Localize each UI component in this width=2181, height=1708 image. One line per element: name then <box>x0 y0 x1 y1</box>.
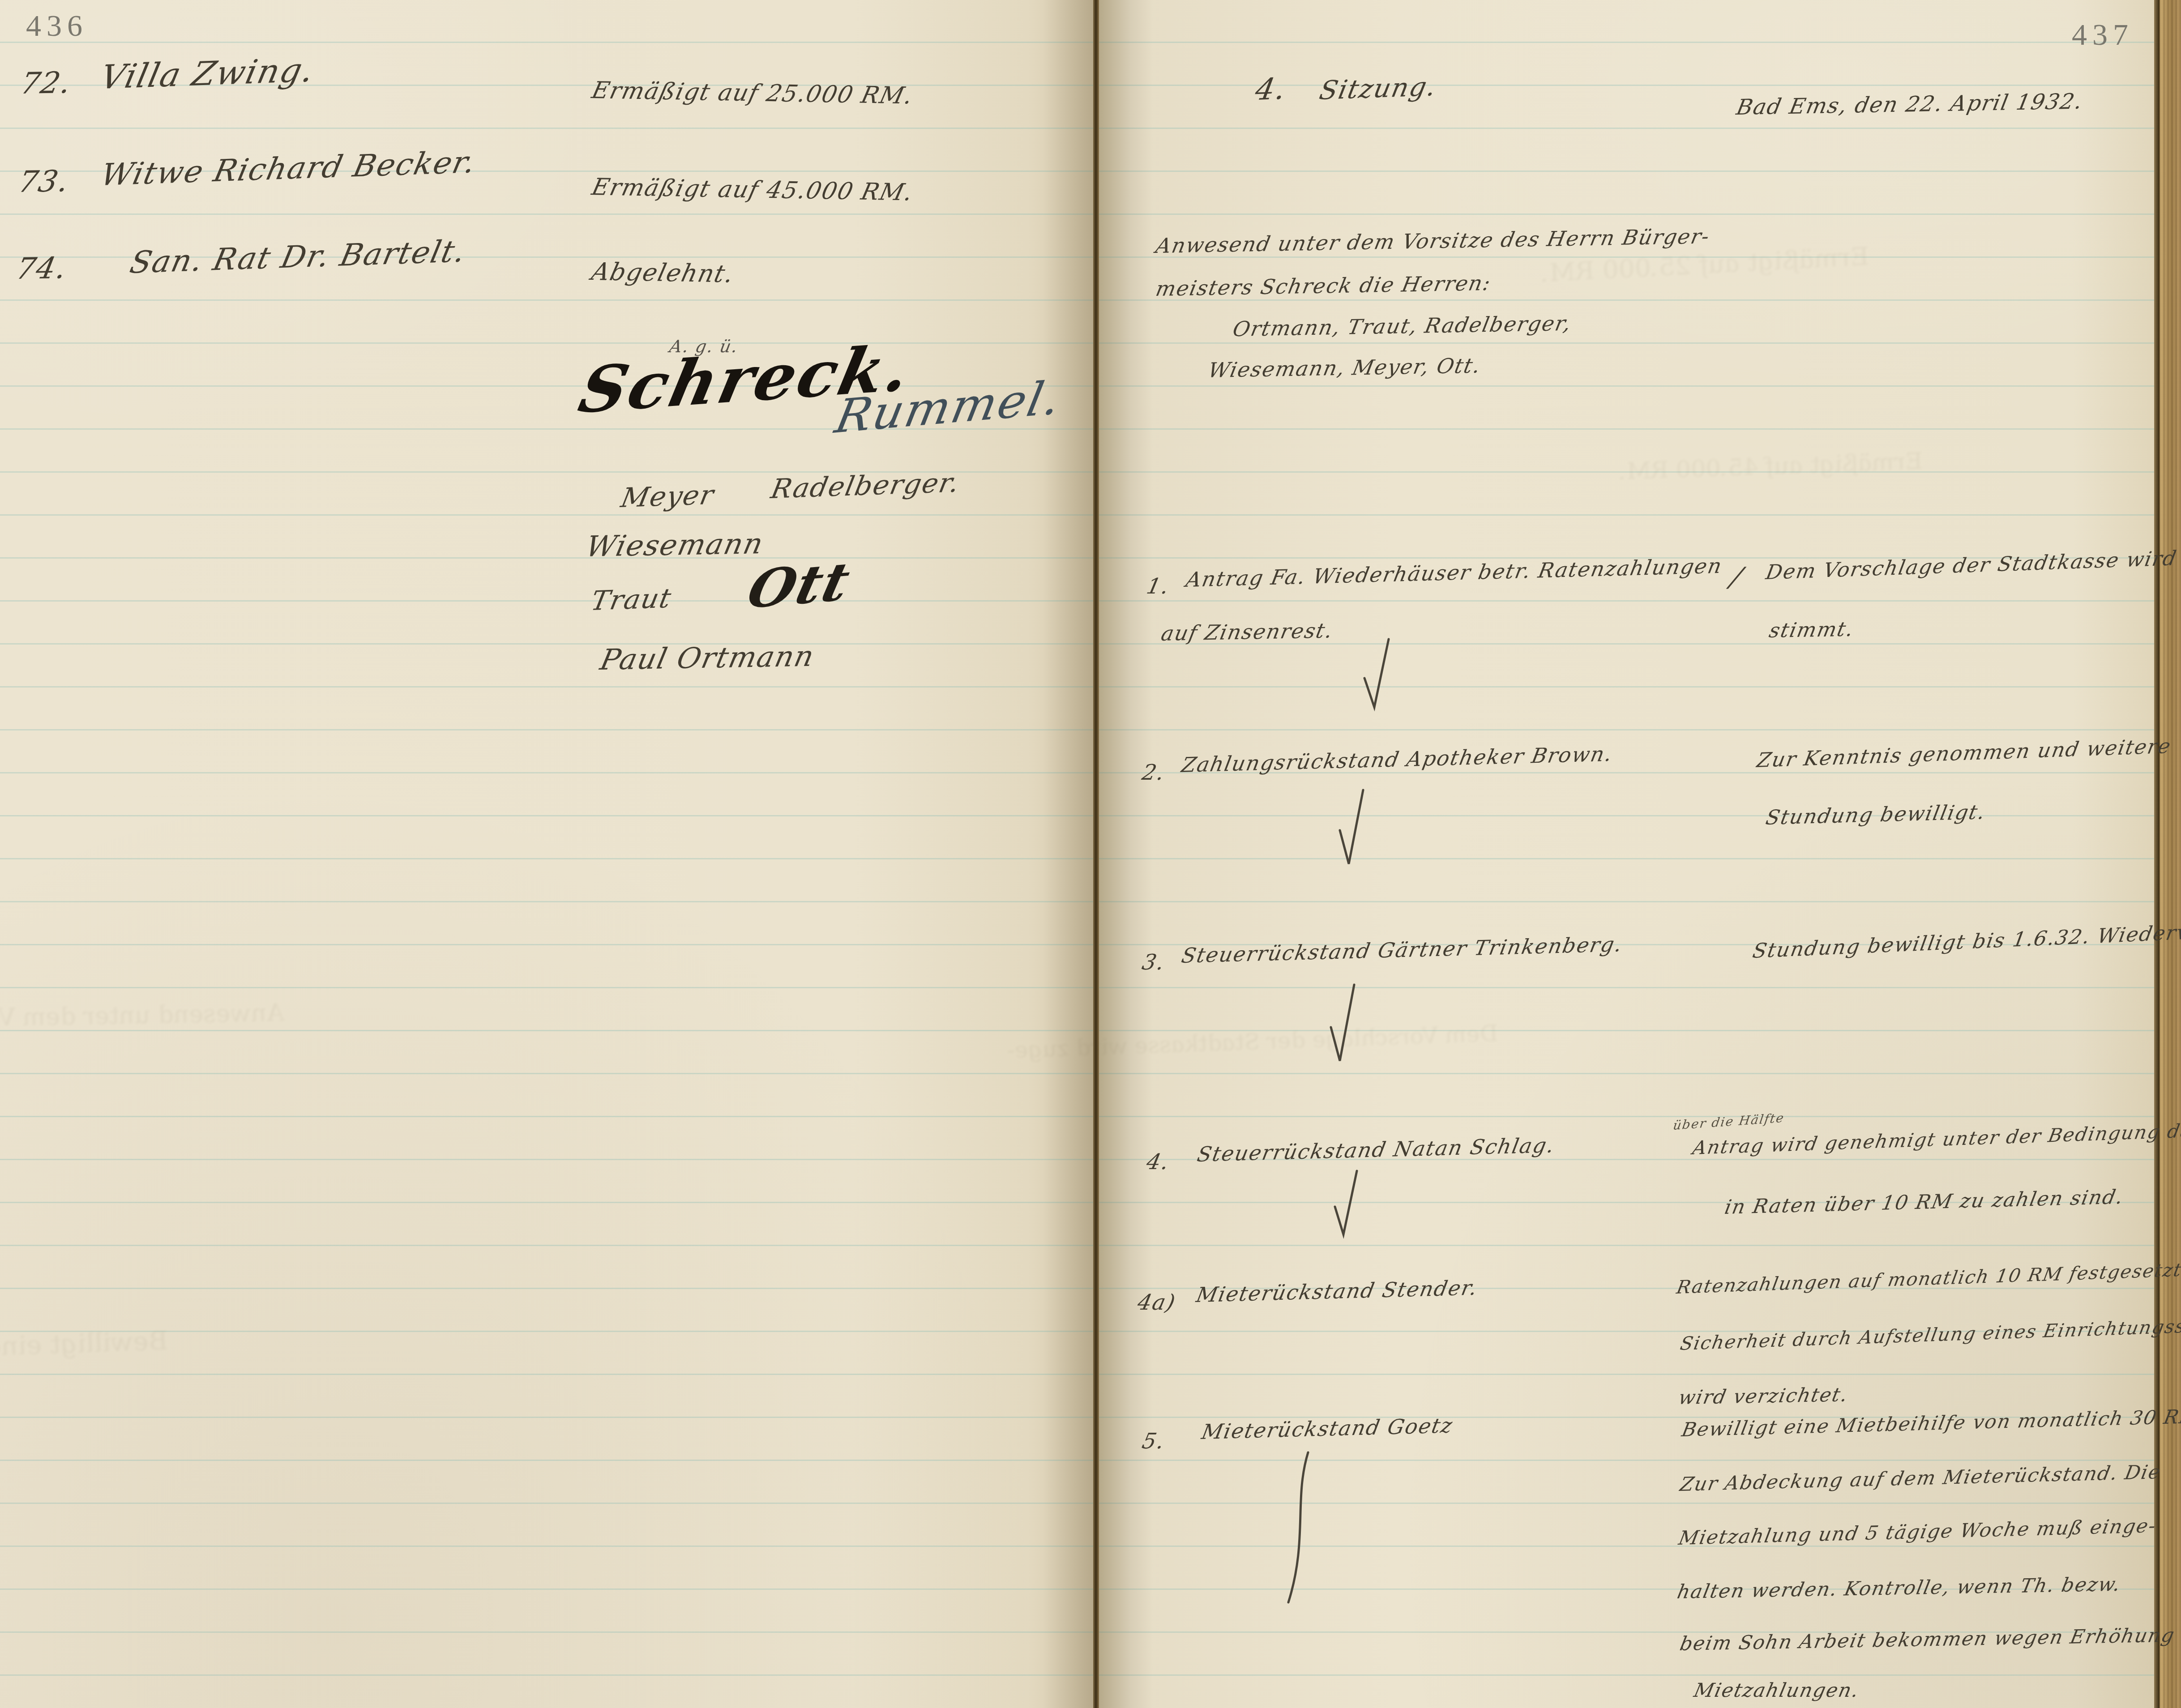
signature-paraph-ott: Ott <box>742 550 856 620</box>
item-decision: wird verzichtet. <box>1676 1383 1850 1409</box>
item-number: 4a) <box>1135 1290 1178 1315</box>
book-edge <box>2160 0 2181 1708</box>
binding-gutter <box>1093 0 1099 1708</box>
scanned-ledger-spread: { "left": { "page_number": "436", "rows"… <box>0 0 2181 1708</box>
signature-traut: Traut <box>588 583 674 617</box>
ledger-row-decision: Ermäßigt auf 25.000 RM. <box>589 77 916 110</box>
signature-paul-ortmann: Paul Ortmann <box>597 640 817 677</box>
signature-wiesemann: Wiesemann <box>583 527 766 564</box>
ledger-row-number: 72. <box>18 65 74 101</box>
session-number: 4. <box>1253 72 1289 107</box>
page-number-right: 437 <box>2072 17 2134 52</box>
item-subject: auf Zinsenrest. <box>1159 618 1335 645</box>
attendance-line: Wiesemann, Meyer, Ott. <box>1206 353 1483 382</box>
ledger-row-number: 74. <box>13 251 70 286</box>
ledger-row-decision: Abgelehnt. <box>589 257 737 288</box>
right-page-paper <box>1099 0 2157 1708</box>
item-decision: stimmt. <box>1767 617 1856 642</box>
ledger-row-number: 73. <box>16 164 72 199</box>
ledger-row-decision: Ermäßigt auf 45.000 RM. <box>589 174 916 206</box>
page-edge-line <box>2154 0 2160 1708</box>
signature-meyer: Meyer <box>618 479 717 514</box>
ledger-row-name: Villa Zwing. <box>97 51 318 97</box>
session-title: Sitzung. <box>1317 71 1440 106</box>
item-decision: Mietzahlungen. <box>1692 1679 1861 1702</box>
page-number-left: 436 <box>26 8 88 43</box>
